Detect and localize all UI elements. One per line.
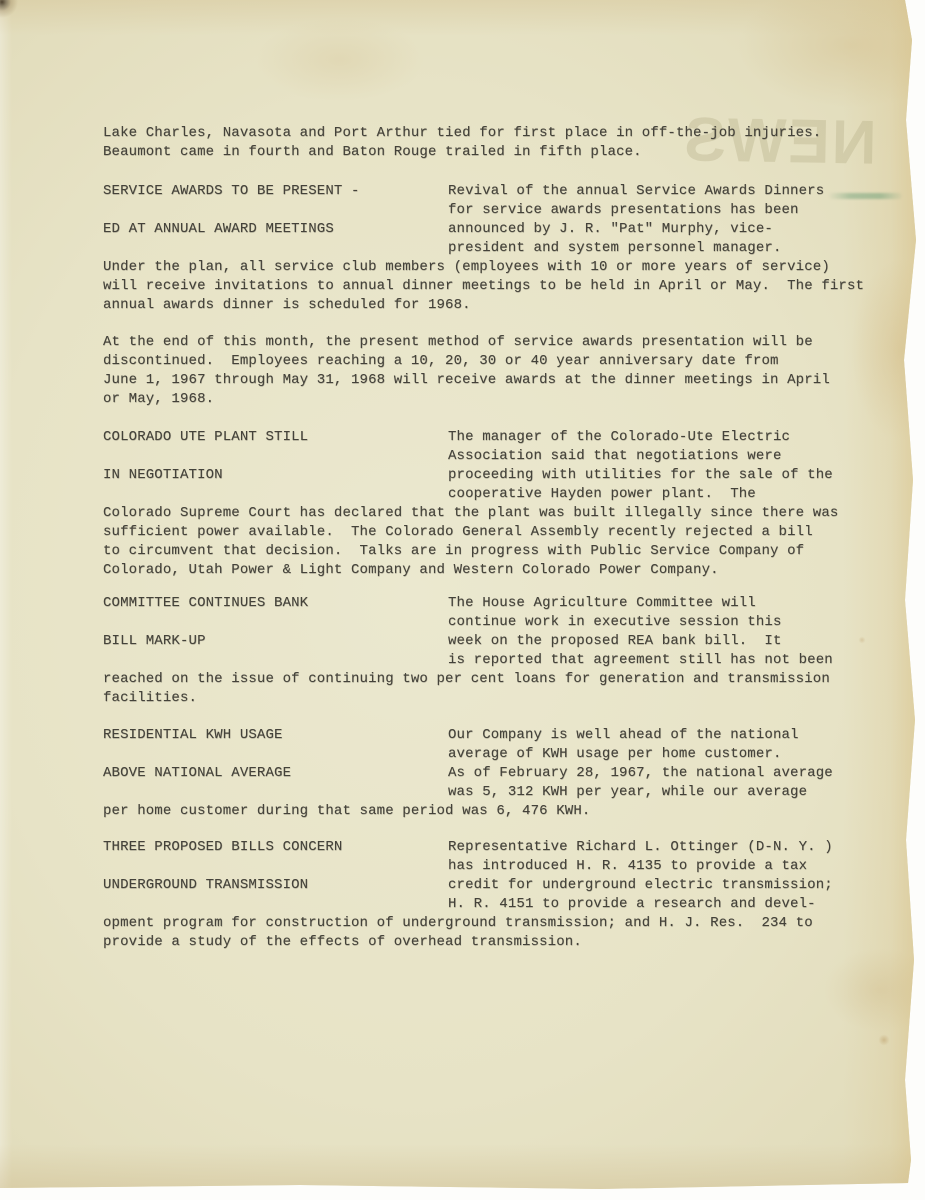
intro-paragraph: Lake Charles, Navasota and Port Arthur t… bbox=[103, 124, 875, 162]
text-line: Under the plan, all service club members… bbox=[103, 258, 875, 277]
text-line: or May, 1968. bbox=[103, 390, 875, 409]
text-line: will receive invitations to annual dinne… bbox=[103, 277, 875, 296]
text-line: provide a study of the effects of overhe… bbox=[103, 933, 875, 952]
page-content: Lake Charles, Navasota and Port Arthur t… bbox=[103, 124, 875, 952]
text-line: As of February 28, 1967, the national av… bbox=[448, 764, 875, 783]
text-line: sufficient power available. The Colorado… bbox=[103, 523, 875, 542]
text-line: to circumvent that decision. Talks are i… bbox=[103, 542, 875, 561]
text-line: June 1, 1967 through May 31, 1968 will r… bbox=[103, 371, 875, 390]
heading-line: IN NEGOTIATION bbox=[103, 466, 448, 485]
text-line: is reported that agreement still has not… bbox=[448, 651, 875, 670]
heading-line: UNDERGROUND TRANSMISSION bbox=[103, 876, 448, 895]
text-line: proceeding with utilities for the sale o… bbox=[448, 466, 875, 485]
section-continuation: opment program for construction of under… bbox=[103, 914, 875, 952]
section-heading: THREE PROPOSED BILLS CONCERN UNDERGROUND… bbox=[103, 838, 448, 895]
text-line: H. R. 4151 to provide a research and dev… bbox=[448, 895, 875, 914]
text-line: Revival of the annual Service Awards Din… bbox=[448, 182, 875, 201]
section-colorado-ute: COLORADO UTE PLANT STILL IN NEGOTIATION … bbox=[103, 428, 875, 580]
section-lead-column: Representative Richard L. Ottinger (D-N.… bbox=[448, 838, 875, 914]
text-line: average of KWH usage per home customer. bbox=[448, 745, 875, 764]
heading-line: ED AT ANNUAL AWARD MEETINGS bbox=[103, 220, 448, 239]
text-line: Colorado Supreme Court has declared that… bbox=[103, 504, 875, 523]
section-heading: COLORADO UTE PLANT STILL IN NEGOTIATION bbox=[103, 428, 448, 485]
text-line: continue work in executive session this bbox=[448, 613, 875, 632]
blank-line bbox=[103, 857, 448, 876]
section-lead-column: The House Agriculture Committee will con… bbox=[448, 594, 875, 670]
section-continuation: Under the plan, all service club members… bbox=[103, 258, 875, 315]
section-continuation: reached on the issue of continuing two p… bbox=[103, 670, 875, 708]
text-line: was 5, 312 KWH per year, while our avera… bbox=[448, 783, 875, 802]
section-heading: RESIDENTIAL KWH USAGE ABOVE NATIONAL AVE… bbox=[103, 726, 448, 783]
blank-line bbox=[103, 745, 448, 764]
text-line: Association said that negotiations were bbox=[448, 447, 875, 466]
text-line: Lake Charles, Navasota and Port Arthur t… bbox=[103, 124, 875, 143]
heading-line: BILL MARK-UP bbox=[103, 632, 448, 651]
text-line: reached on the issue of continuing two p… bbox=[103, 670, 875, 689]
text-line: The manager of the Colorado-Ute Electric bbox=[448, 428, 875, 447]
text-line: cooperative Hayden power plant. The bbox=[448, 485, 875, 504]
heading-line: ABOVE NATIONAL AVERAGE bbox=[103, 764, 448, 783]
section-committee-bank: COMMITTEE CONTINUES BANK BILL MARK-UP Th… bbox=[103, 594, 875, 708]
text-line: At the end of this month, the present me… bbox=[103, 333, 875, 352]
heading-line: THREE PROPOSED BILLS CONCERN bbox=[103, 838, 448, 857]
scanned-page: NEWS Lake Charles, Navasota and Port Art… bbox=[0, 0, 918, 1189]
text-line: for service awards presentations has bee… bbox=[448, 201, 875, 220]
section-service-awards: SERVICE AWARDS TO BE PRESENT - ED AT ANN… bbox=[103, 182, 875, 315]
section-heading: COMMITTEE CONTINUES BANK BILL MARK-UP bbox=[103, 594, 448, 651]
heading-line: SERVICE AWARDS TO BE PRESENT - bbox=[103, 182, 448, 201]
section-lead-column: Our Company is well ahead of the nationa… bbox=[448, 726, 875, 802]
section-continuation: Colorado Supreme Court has declared that… bbox=[103, 504, 875, 580]
text-line: annual awards dinner is scheduled for 19… bbox=[103, 296, 875, 315]
section-continuation: per home customer during that same perio… bbox=[103, 802, 875, 821]
blank-line bbox=[103, 447, 448, 466]
text-line: week on the proposed REA bank bill. It bbox=[448, 632, 875, 651]
text-line: has introduced H. R. 4135 to provide a t… bbox=[448, 857, 875, 876]
text-line: per home customer during that same perio… bbox=[103, 802, 875, 821]
text-line: president and system personnel manager. bbox=[448, 239, 875, 258]
followup-paragraph: At the end of this month, the present me… bbox=[103, 333, 875, 409]
text-line: announced by J. R. "Pat" Murphy, vice- bbox=[448, 220, 875, 239]
section-heading: SERVICE AWARDS TO BE PRESENT - ED AT ANN… bbox=[103, 182, 448, 239]
text-line: credit for underground electric transmis… bbox=[448, 876, 875, 895]
text-line: Our Company is well ahead of the nationa… bbox=[448, 726, 875, 745]
text-line: Beaumont came in fourth and Baton Rouge … bbox=[103, 143, 875, 162]
heading-line: COLORADO UTE PLANT STILL bbox=[103, 428, 448, 447]
heading-line: COMMITTEE CONTINUES BANK bbox=[103, 594, 448, 613]
blank-line bbox=[103, 613, 448, 632]
section-residential-kwh: RESIDENTIAL KWH USAGE ABOVE NATIONAL AVE… bbox=[103, 726, 875, 821]
section-lead-column: Revival of the annual Service Awards Din… bbox=[448, 182, 875, 258]
text-line: The House Agriculture Committee will bbox=[448, 594, 875, 613]
text-line: facilities. bbox=[103, 689, 875, 708]
section-lead-column: The manager of the Colorado-Ute Electric… bbox=[448, 428, 875, 504]
blank-line bbox=[103, 201, 448, 220]
heading-line: RESIDENTIAL KWH USAGE bbox=[103, 726, 448, 745]
text-line: discontinued. Employees reaching a 10, 2… bbox=[103, 352, 875, 371]
text-line: Colorado, Utah Power & Light Company and… bbox=[103, 561, 875, 580]
section-underground-transmission: THREE PROPOSED BILLS CONCERN UNDERGROUND… bbox=[103, 838, 875, 952]
text-line: Representative Richard L. Ottinger (D-N.… bbox=[448, 838, 875, 857]
text-line: opment program for construction of under… bbox=[103, 914, 875, 933]
